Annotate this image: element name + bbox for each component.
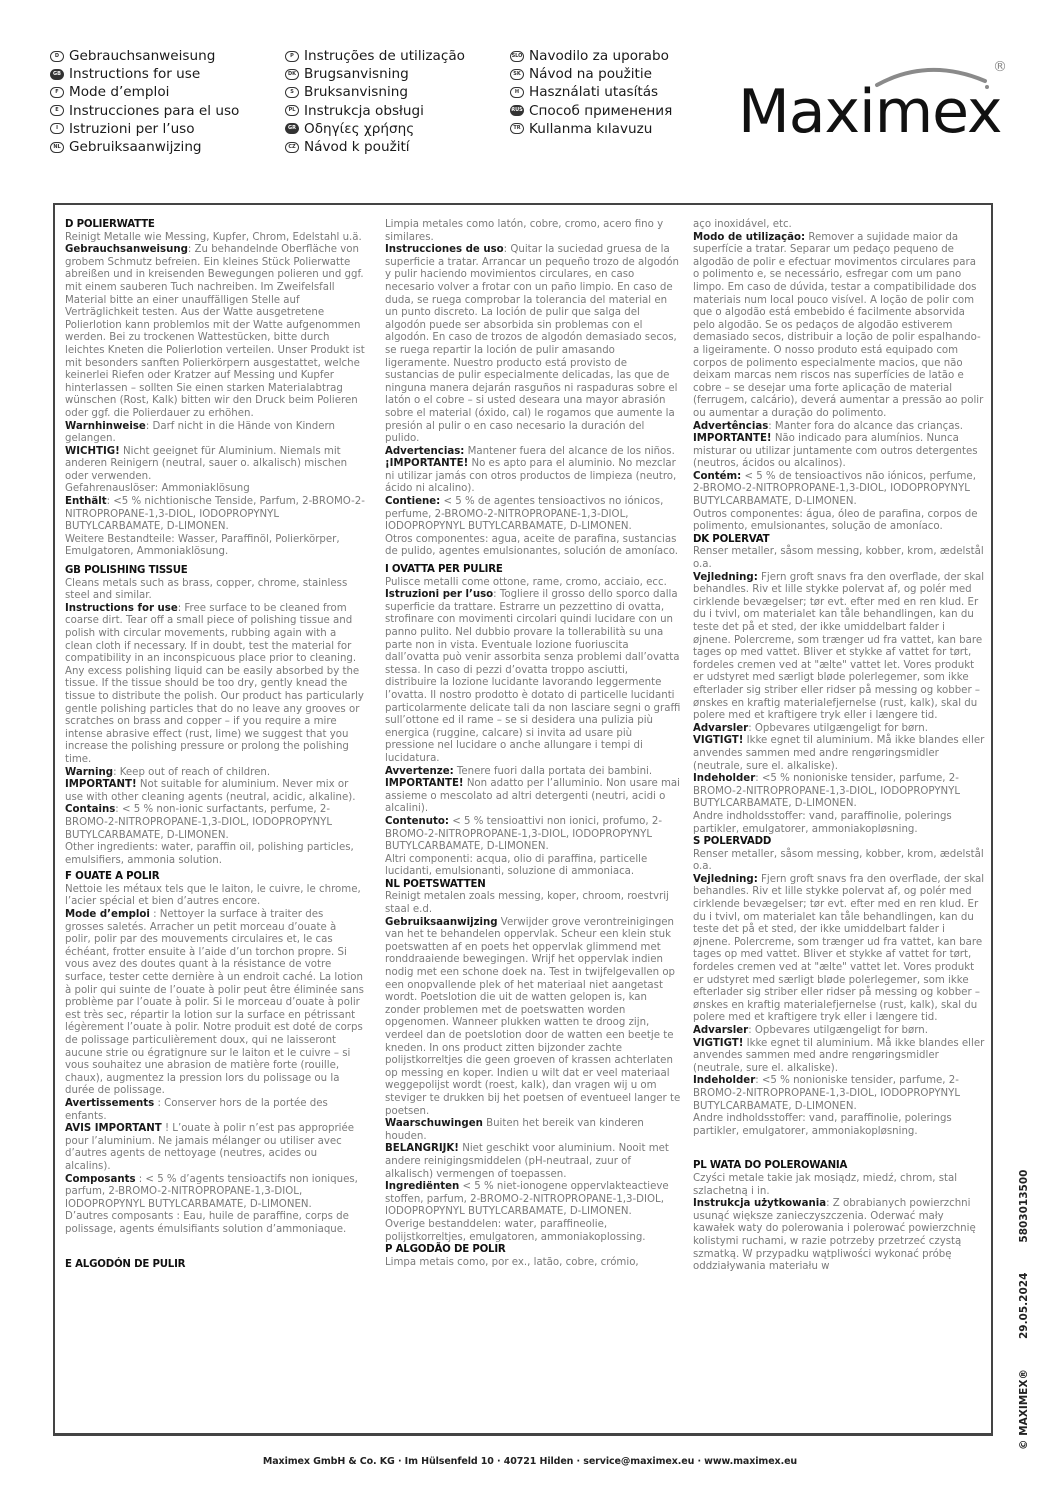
language-item: SBruksanvisning <box>285 83 465 101</box>
language-item: NLGebruiksaanwijzing <box>50 138 239 156</box>
section-gb: GB POLISHING TISSUE Cleans metals such a… <box>65 565 365 867</box>
language-item: CZNávod k použití <box>285 138 465 156</box>
maximex-logo: Maximex ® <box>738 57 1008 152</box>
language-item: GBInstructions for use <box>50 65 239 83</box>
language-item: DKBrugsanvisning <box>285 65 465 83</box>
print-info-label: © MAXIMEX® 29.05.2024 5803013500 <box>1003 1160 1033 1450</box>
section-nl: NL POETSWATTEN Reinigt metalen zoals mes… <box>385 879 681 1244</box>
country-code-icon: RUS <box>510 105 524 116</box>
language-list-1: DGebrauchsanweisung GBInstructions for u… <box>50 47 239 156</box>
logo-wordmark: Maximex <box>738 77 1002 147</box>
country-code-icon: E <box>50 105 64 116</box>
country-code-icon: SK <box>510 69 524 80</box>
section-se: S POLERVADD Renser metaller, såsom messi… <box>693 836 985 1138</box>
language-item: GRΟδηγίες χρήσης <box>285 120 465 138</box>
language-item: EInstrucciones para el uso <box>50 102 239 120</box>
language-list-3: SLONavodilo za uporabo SKNávod na použit… <box>510 47 672 138</box>
text-column-3: aço inoxidável, etc. Modo de utilização:… <box>693 219 985 1274</box>
section-dk: DK POLERVAT Renser metaller, såsom messi… <box>693 534 985 836</box>
section-it: I OVATTA PER PULIRE Pulisce metalli come… <box>385 564 681 879</box>
language-item: IIstruzioni per l’uso <box>50 120 239 138</box>
company-footer: Maximex GmbH & Co. KG · Im Hülsenfeld 10… <box>0 1456 1060 1467</box>
language-item: PLInstrukcja obsługi <box>285 102 465 120</box>
section-de: D POLIERWATTE Reinigt Metalle wie Messin… <box>65 219 365 559</box>
section-es: Limpia metales como latón, cobre, cromo,… <box>385 219 681 559</box>
country-code-icon: GB <box>50 69 64 80</box>
country-code-icon: DK <box>285 69 299 80</box>
section-fr: F OUATE A POLIR Nettoie les métaux tels … <box>65 871 365 1236</box>
section-pl: PL WATA DO POLEROWANIA Czyści metale tak… <box>693 1160 985 1273</box>
language-item: SLONavodilo za uporabo <box>510 47 672 65</box>
print-date: 29.05.2024 <box>1018 1273 1030 1339</box>
country-code-icon: F <box>50 87 64 98</box>
section-pt-start: P ALGODÃO DE POLIR Limpa metais como, po… <box>385 1244 681 1269</box>
language-item: DGebrauchsanweisung <box>50 47 239 65</box>
language-item: SKNávod na použitie <box>510 65 672 83</box>
copyright-text: © MAXIMEX® <box>1018 1369 1030 1450</box>
country-code-icon: I <box>50 123 64 134</box>
language-item: HHasználati utasítás <box>510 83 672 101</box>
country-code-icon: TR <box>510 123 524 134</box>
registered-icon: ® <box>993 59 1007 75</box>
language-item: FMode d’emploi <box>50 83 239 101</box>
article-number: 5803013500 <box>1018 1170 1030 1243</box>
country-code-icon: P <box>285 51 299 62</box>
section-title-es: E ALGODÓN DE PULIR <box>65 1259 365 1272</box>
section-pt: aço inoxidável, etc. Modo de utilização:… <box>693 219 985 534</box>
language-item: RUSСпособ применения <box>510 102 672 120</box>
section-title: GB POLISHING TISSUE <box>65 565 365 578</box>
language-list-2: PInstruções de utilização DKBrugsanvisni… <box>285 47 465 156</box>
text-column-2: Limpia metales como latón, cobre, cromo,… <box>385 219 681 1269</box>
section-title: S POLERVADD <box>693 836 985 849</box>
country-code-icon: NL <box>50 142 64 153</box>
section-title: NL POETSWATTEN <box>385 879 681 892</box>
header: DGebrauchsanweisung GBInstructions for u… <box>50 47 1010 167</box>
country-code-icon: D <box>50 51 64 62</box>
section-title: P ALGODÃO DE POLIR <box>385 1244 681 1257</box>
section-title: PL WATA DO POLEROWANIA <box>693 1160 985 1173</box>
country-code-icon: SLO <box>510 51 524 62</box>
section-title: DK POLERVAT <box>693 534 985 547</box>
country-code-icon: GR <box>285 123 299 134</box>
country-code-icon: PL <box>285 105 299 116</box>
country-code-icon: CZ <box>285 142 299 153</box>
country-code-icon: H <box>510 87 524 98</box>
country-code-icon: S <box>285 87 299 98</box>
section-title: I OVATTA PER PULIRE <box>385 564 681 577</box>
language-item: TRKullanma kılavuzu <box>510 120 672 138</box>
section-title: F OUATE A POLIR <box>65 871 365 884</box>
language-item: PInstruções de utilização <box>285 47 465 65</box>
instructions-box: D POLIERWATTE Reinigt Metalle wie Messin… <box>53 203 993 1436</box>
text-column-1: D POLIERWATTE Reinigt Metalle wie Messin… <box>65 219 365 1271</box>
section-title: D POLIERWATTE <box>65 219 365 232</box>
